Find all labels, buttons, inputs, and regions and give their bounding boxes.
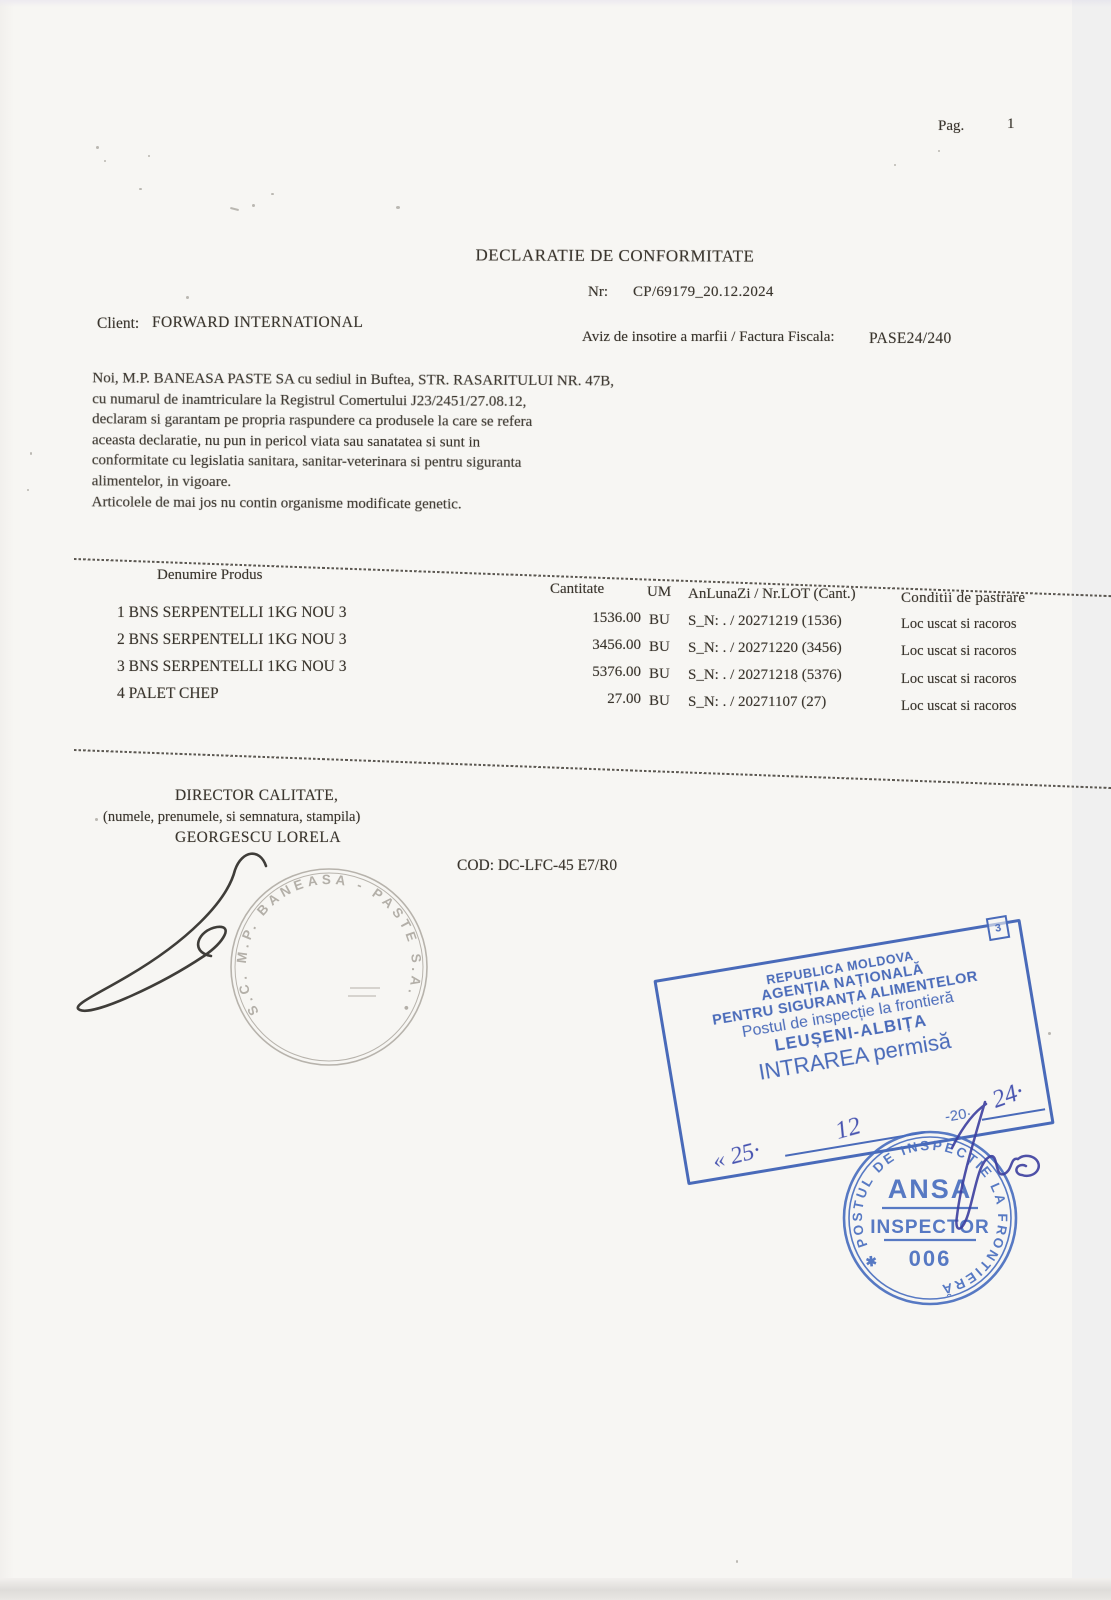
scan-speckle <box>894 164 896 166</box>
scan-bottom-edge <box>0 1578 1111 1600</box>
scan-speckle <box>938 150 940 152</box>
scan-speckle <box>96 146 99 149</box>
table-row-quantity: 3456.00 <box>535 637 641 654</box>
table-row-product: 1 BNS SERPENTELLI 1KG NOU 3 <box>117 604 347 622</box>
table-row-um: BU <box>649 666 670 683</box>
ansa-stamp-number: 006 <box>909 1246 952 1271</box>
scan-speckle <box>30 452 32 455</box>
client-value: FORWARD INTERNATIONAL <box>152 314 363 332</box>
row-name: BNS SERPENTELLI 1KG NOU 3 <box>129 604 347 621</box>
table-row-lot: S_N: . / 20271107 (27) <box>688 694 826 711</box>
table-row-um: BU <box>649 612 670 629</box>
table-row-quantity: 27.00 <box>535 691 641 708</box>
signature-hint: (numele, prenumele, si semnatura, stampi… <box>103 809 360 826</box>
table-row-storage: Loc uscat si racoros <box>901 643 1017 660</box>
inspector-signature <box>0 0 1111 1600</box>
table-row-lot: S_N: . / 20271220 (3456) <box>688 640 842 657</box>
table-row-product: 3 BNS SERPENTELLI 1KG NOU 3 <box>117 658 347 676</box>
date-year-line <box>982 1108 1045 1121</box>
dashed-separator-bottom <box>74 749 1111 790</box>
company-round-stamp: S.C. M.P. BANEASA - PASTE S.A. • <box>222 860 436 1074</box>
handwritten-signature <box>0 0 1111 1600</box>
row-name: PALET CHEP <box>129 685 219 702</box>
scan-speckle <box>148 155 150 157</box>
col-header-quantity: Cantitate <box>550 581 604 598</box>
director-role: DIRECTOR CALITATE, <box>175 787 338 805</box>
ansa-stamp-role: INSPECTOR <box>870 1217 990 1238</box>
aviz-label: Aviz de insotire a marfii / Factura Fisc… <box>582 329 835 346</box>
scan-speckle <box>27 489 29 491</box>
page-number: 1 <box>1007 116 1015 133</box>
scanner-streak <box>1072 0 1111 1600</box>
table-row-quantity: 5376.00 <box>535 664 641 681</box>
aviz-value: PASE24/240 <box>869 330 952 348</box>
table-row-product: 2 BNS SERPENTELLI 1KG NOU 3 <box>117 631 347 649</box>
row-name: BNS SERPENTELLI 1KG NOU 3 <box>129 658 347 675</box>
document-title: DECLARATIE DE CONFORMITATE <box>400 245 830 267</box>
scanned-document-page: Pag. 1 DECLARATIE DE CONFORMITATE Nr: CP… <box>0 0 1111 1600</box>
row-name: BNS SERPENTELLI 1KG NOU 3 <box>129 631 347 648</box>
col-header-product: Denumire Produs <box>157 567 262 584</box>
declaration-line: alimentelor, in vigoare. <box>92 471 662 495</box>
scan-speckle <box>139 188 142 190</box>
table-row-storage: Loc uscat si racoros <box>901 671 1017 688</box>
scan-speckle <box>1048 1032 1051 1035</box>
declaration-line: Articolele de mai jos nu contin organism… <box>92 492 662 516</box>
col-header-um: UM <box>647 584 671 601</box>
scan-speckle <box>186 296 189 299</box>
row-index: 4 <box>117 685 125 702</box>
row-index: 3 <box>117 658 125 675</box>
declaration-paragraph: Noi, M.P. BANEASA PASTE SA cu sediul in … <box>92 368 663 516</box>
svg-text:S.C. M.P. BANEASA - PASTE S.A.: S.C. M.P. BANEASA - PASTE S.A. • <box>222 860 436 1074</box>
date-year-handwritten: 24· <box>989 1078 1028 1115</box>
stamp-corner-mark: 3 <box>986 915 1011 941</box>
table-row-product: 4 PALET CHEP <box>117 685 219 703</box>
ansa-inspector-stamp: ✱ POSTUL DE INSPECȚIE LA FRONTIERĂ ANSA … <box>838 1126 1022 1310</box>
date-year-printed: -20· <box>944 1105 973 1126</box>
scan-speckle <box>736 1560 738 1563</box>
scan-speckle <box>95 818 98 821</box>
table-row-storage: Loc uscat si racoros <box>901 616 1017 633</box>
table-row-storage: Loc uscat si racoros <box>901 698 1017 715</box>
page-label: Pag. <box>938 118 964 135</box>
director-name: GEORGESCU LORELA <box>175 829 341 847</box>
scan-speckle <box>104 160 106 162</box>
table-row-lot: S_N: . / 20271218 (5376) <box>688 667 842 684</box>
col-header-lot: AnLunaZi / Nr.LOT (Cant.) <box>688 586 856 603</box>
scan-speckle <box>252 204 255 207</box>
ansa-stamp-org: ANSA <box>888 1174 973 1204</box>
table-row-um: BU <box>649 639 670 656</box>
declaration-line: Noi, M.P. BANEASA PASTE SA cu sediul in … <box>92 368 662 392</box>
client-label: Client: <box>97 315 139 333</box>
company-stamp-ring-text: S.C. M.P. BANEASA - PASTE S.A. • <box>222 860 436 1074</box>
table-row-um: BU <box>649 693 670 710</box>
date-day-handwritten: « 25· <box>710 1137 763 1175</box>
scan-speckle <box>396 206 400 209</box>
scan-speckle <box>230 207 239 211</box>
table-row-lot: S_N: . / 20271219 (1536) <box>688 613 842 630</box>
doc-code: COD: DC-LFC-45 E7/R0 <box>457 857 617 875</box>
col-header-storage: Conditii de pastrare <box>901 590 1025 607</box>
doc-number-value: CP/69179_20.12.2024 <box>633 284 774 301</box>
doc-number-label: Nr: <box>588 284 608 301</box>
scan-speckle <box>271 193 274 195</box>
row-index: 1 <box>117 604 125 621</box>
table-row-quantity: 1536.00 <box>535 610 641 627</box>
row-index: 2 <box>117 631 125 648</box>
